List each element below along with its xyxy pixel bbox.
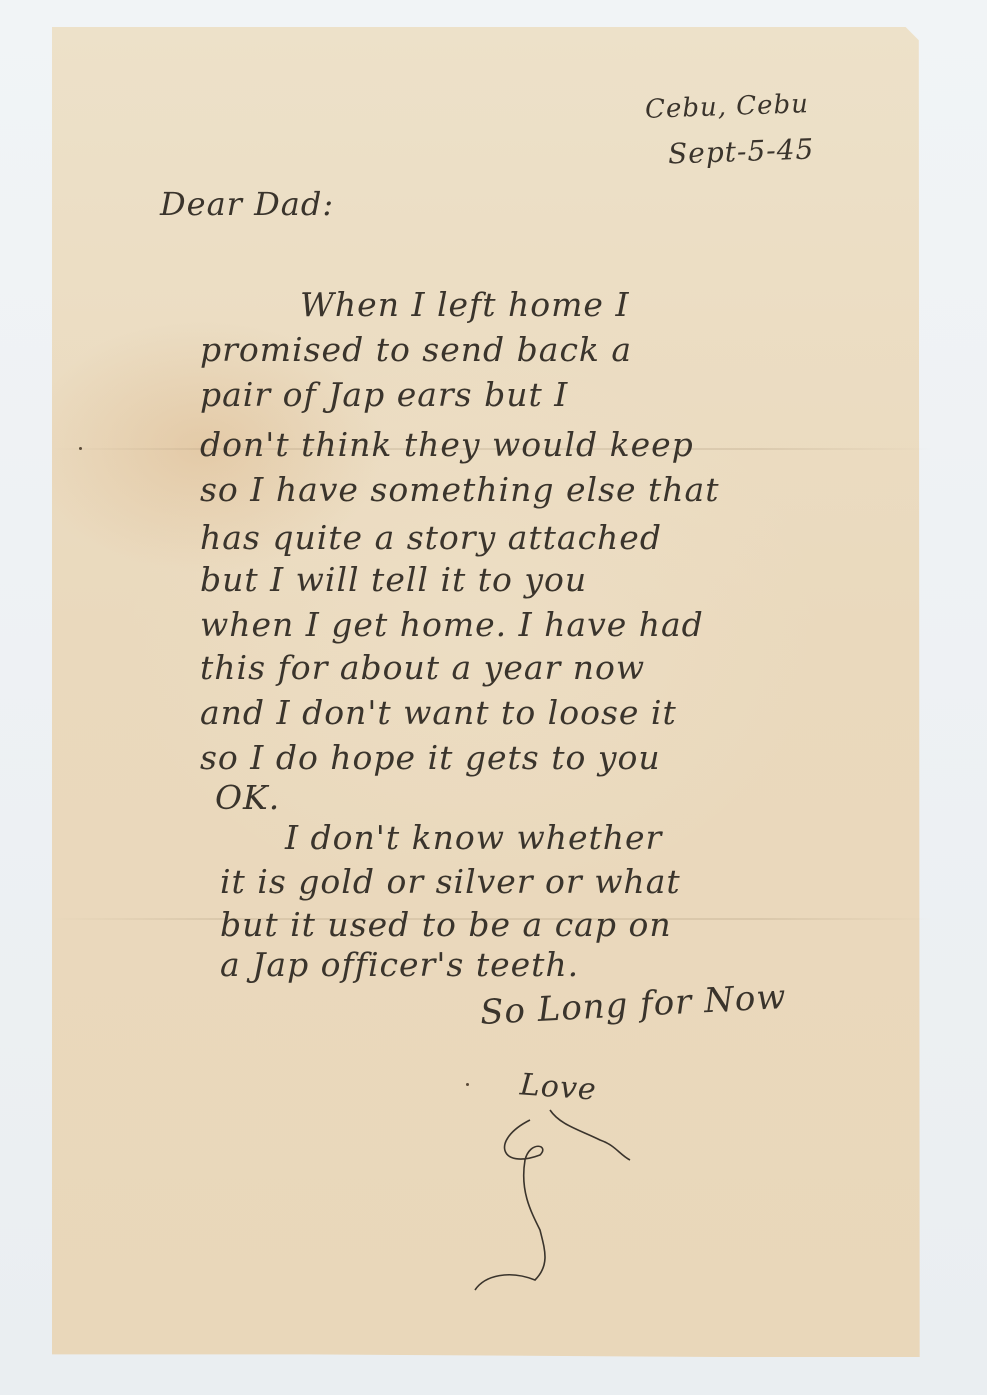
letter-salutation: Dear Dad:	[160, 185, 334, 223]
body-line: I don't know whether	[285, 818, 662, 857]
body-line: this for about a year now	[200, 648, 645, 687]
body-line: When I left home I	[300, 285, 630, 324]
body-line: but it used to be a cap on	[220, 905, 672, 944]
paper-speck	[466, 1083, 469, 1086]
body-line: but I will tell it to you	[200, 560, 587, 599]
body-line: pair of Jap ears but I	[200, 375, 568, 414]
body-line: so I do hope it gets to you	[200, 738, 661, 777]
body-line: OK.	[215, 778, 280, 817]
body-line: it is gold or silver or what	[220, 862, 681, 901]
body-line: promised to send back a	[200, 330, 632, 369]
body-line: when I get home. I have had	[200, 605, 704, 644]
body-line: and I don't want to loose it	[200, 693, 677, 732]
paper-speck	[79, 447, 82, 450]
letter-place: Cebu, Cebu	[645, 89, 810, 125]
body-line: a Jap officer's teeth.	[220, 945, 579, 984]
signature-scrawl	[470, 1100, 690, 1300]
letter-date: Sept-5-45	[667, 132, 814, 170]
body-line: has quite a story attached	[200, 518, 662, 557]
body-line: don't think they would keep	[200, 425, 694, 464]
body-line: so I have something else that	[200, 470, 719, 509]
